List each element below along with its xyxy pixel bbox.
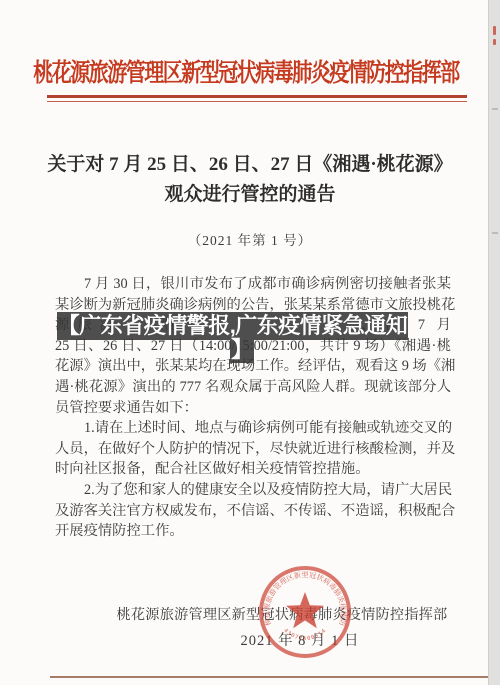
scan-red-speck [493, 26, 496, 35]
document-title-line1: 关于对 7 月 25 日、26 日、27 日《湘遇·桃花源》 [30, 150, 470, 180]
watermark-caption-line2: 】 [230, 340, 254, 363]
official-seal: 桃花源旅游管理区新型冠状病毒肺炎疫情防控指挥部 4307250031462 [256, 560, 356, 668]
scan-edge-mark [492, 108, 498, 110]
document-title: 关于对 7 月 25 日、26 日、27 日《湘遇·桃花源》 观众进行管控的通告 [30, 150, 470, 210]
body-line: 人员，在做好个人防护的情况下，尽快就近进行核酸检测，并及 [55, 439, 451, 460]
letterhead-rule-thick [47, 95, 467, 98]
page-bottom-edge [50, 676, 500, 678]
body-line: 1.请在上述时间、地点与确诊病例可能有接触或轨迹交叉的 [55, 418, 451, 439]
body-line: 遇·桃花源》演出的 777 名观众属于高风险人群。现就该部分人 [55, 377, 451, 398]
seal-star-icon [286, 592, 324, 628]
body-line: 7 月 30 日，银川市发布了成都市确诊病例密切接触者张某 [55, 274, 451, 295]
body-line: 员管控要求通告如下： [55, 398, 451, 419]
document-title-line2: 观众进行管控的通告 [30, 180, 470, 210]
document-number: （2021 年第 1 号） [30, 229, 470, 249]
body-line: 及游客关注官方权威发布，不信谣、不传谣、不造谣，积极配合 [55, 501, 451, 522]
body-line: 2.为了您和家人的健康安全以及疫情防控大局，请广大居民 [55, 480, 451, 501]
scan-edge-mark [492, 232, 498, 234]
letterhead-rule-thin [47, 101, 467, 102]
letterhead-org-name: 桃花源旅游管理区新型冠状病毒肺炎疫情防控指挥部 [18, 52, 474, 88]
scan-red-speck [493, 39, 496, 45]
scanned-notice-page: 桃花源旅游管理区新型冠状病毒肺炎疫情防控指挥部 关于对 7 月 25 日、26 … [0, 0, 500, 685]
watermark-caption-line1: 【广东省疫情警报,广东疫情紧急通知 [57, 312, 408, 340]
body-line: 开展疫情防控工作。 [55, 521, 451, 542]
body-line: 时向社区报备，配合社区做好相关疫情管控措施。 [55, 459, 451, 480]
scan-right-edge [488, 0, 500, 685]
